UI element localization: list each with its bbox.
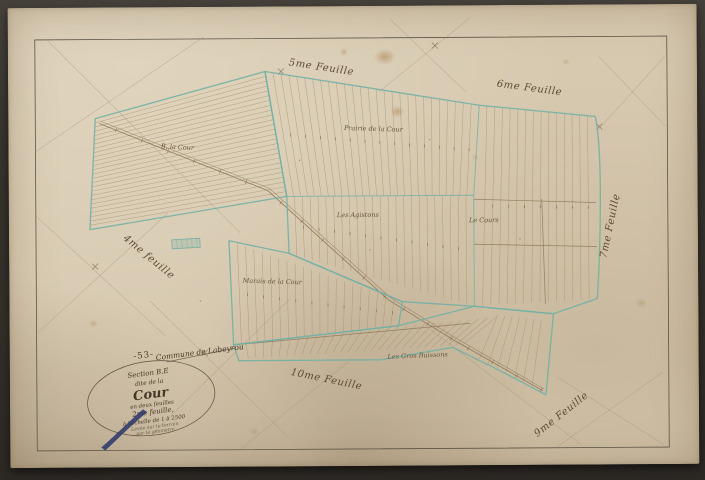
sheet-ref-east: 7me Feuille: [598, 193, 622, 260]
paper-stains: [87, 46, 648, 436]
plate-number: -53-: [133, 350, 155, 363]
title-cartouche: -53- Commune de Labeyrou Section B.E dit…: [82, 338, 254, 443]
sheet-ref-west: 4me feuille: [120, 232, 176, 281]
place-label-le-cours: Le Cours: [468, 216, 499, 224]
map-sheet: 5me Feuille 6me Feuille 7me Feuille 4me …: [0, 0, 705, 480]
parcel-strips: [89, 71, 590, 389]
commune-name: Commune de Labeyrou: [155, 342, 244, 362]
sheet-ref-southeast: 9me Feuille: [532, 390, 590, 439]
building-symbol: [172, 238, 200, 249]
sheet-ref-south: 10me Feuille: [290, 367, 364, 392]
place-label-la-cour: B. la Cour: [160, 142, 195, 152]
sheet-ref-north: 5me Feuille: [288, 57, 355, 78]
place-label-prairie: Prairie de la Cour: [343, 124, 404, 134]
cadastral-map-drawing: 5me Feuille 6me Feuille 7me Feuille 4me …: [0, 0, 705, 480]
sheet-ref-northeast: 6me Feuille: [496, 79, 563, 99]
place-label-agistons: Les Agistons: [336, 211, 380, 219]
place-label-marais: Marais de la Cour: [242, 277, 303, 287]
internal-boundaries: [236, 199, 598, 345]
parcel-number-marks: [246, 132, 589, 315]
place-label-gros-buissons: Les Gros Buissons: [386, 350, 448, 361]
scan-background: 5me Feuille 6me Feuille 7me Feuille 4me …: [0, 0, 705, 480]
place-name-labels: B. la Cour Prairie de la Cour Les Agisto…: [160, 123, 501, 362]
parcel-boundaries-blue: [89, 69, 602, 397]
